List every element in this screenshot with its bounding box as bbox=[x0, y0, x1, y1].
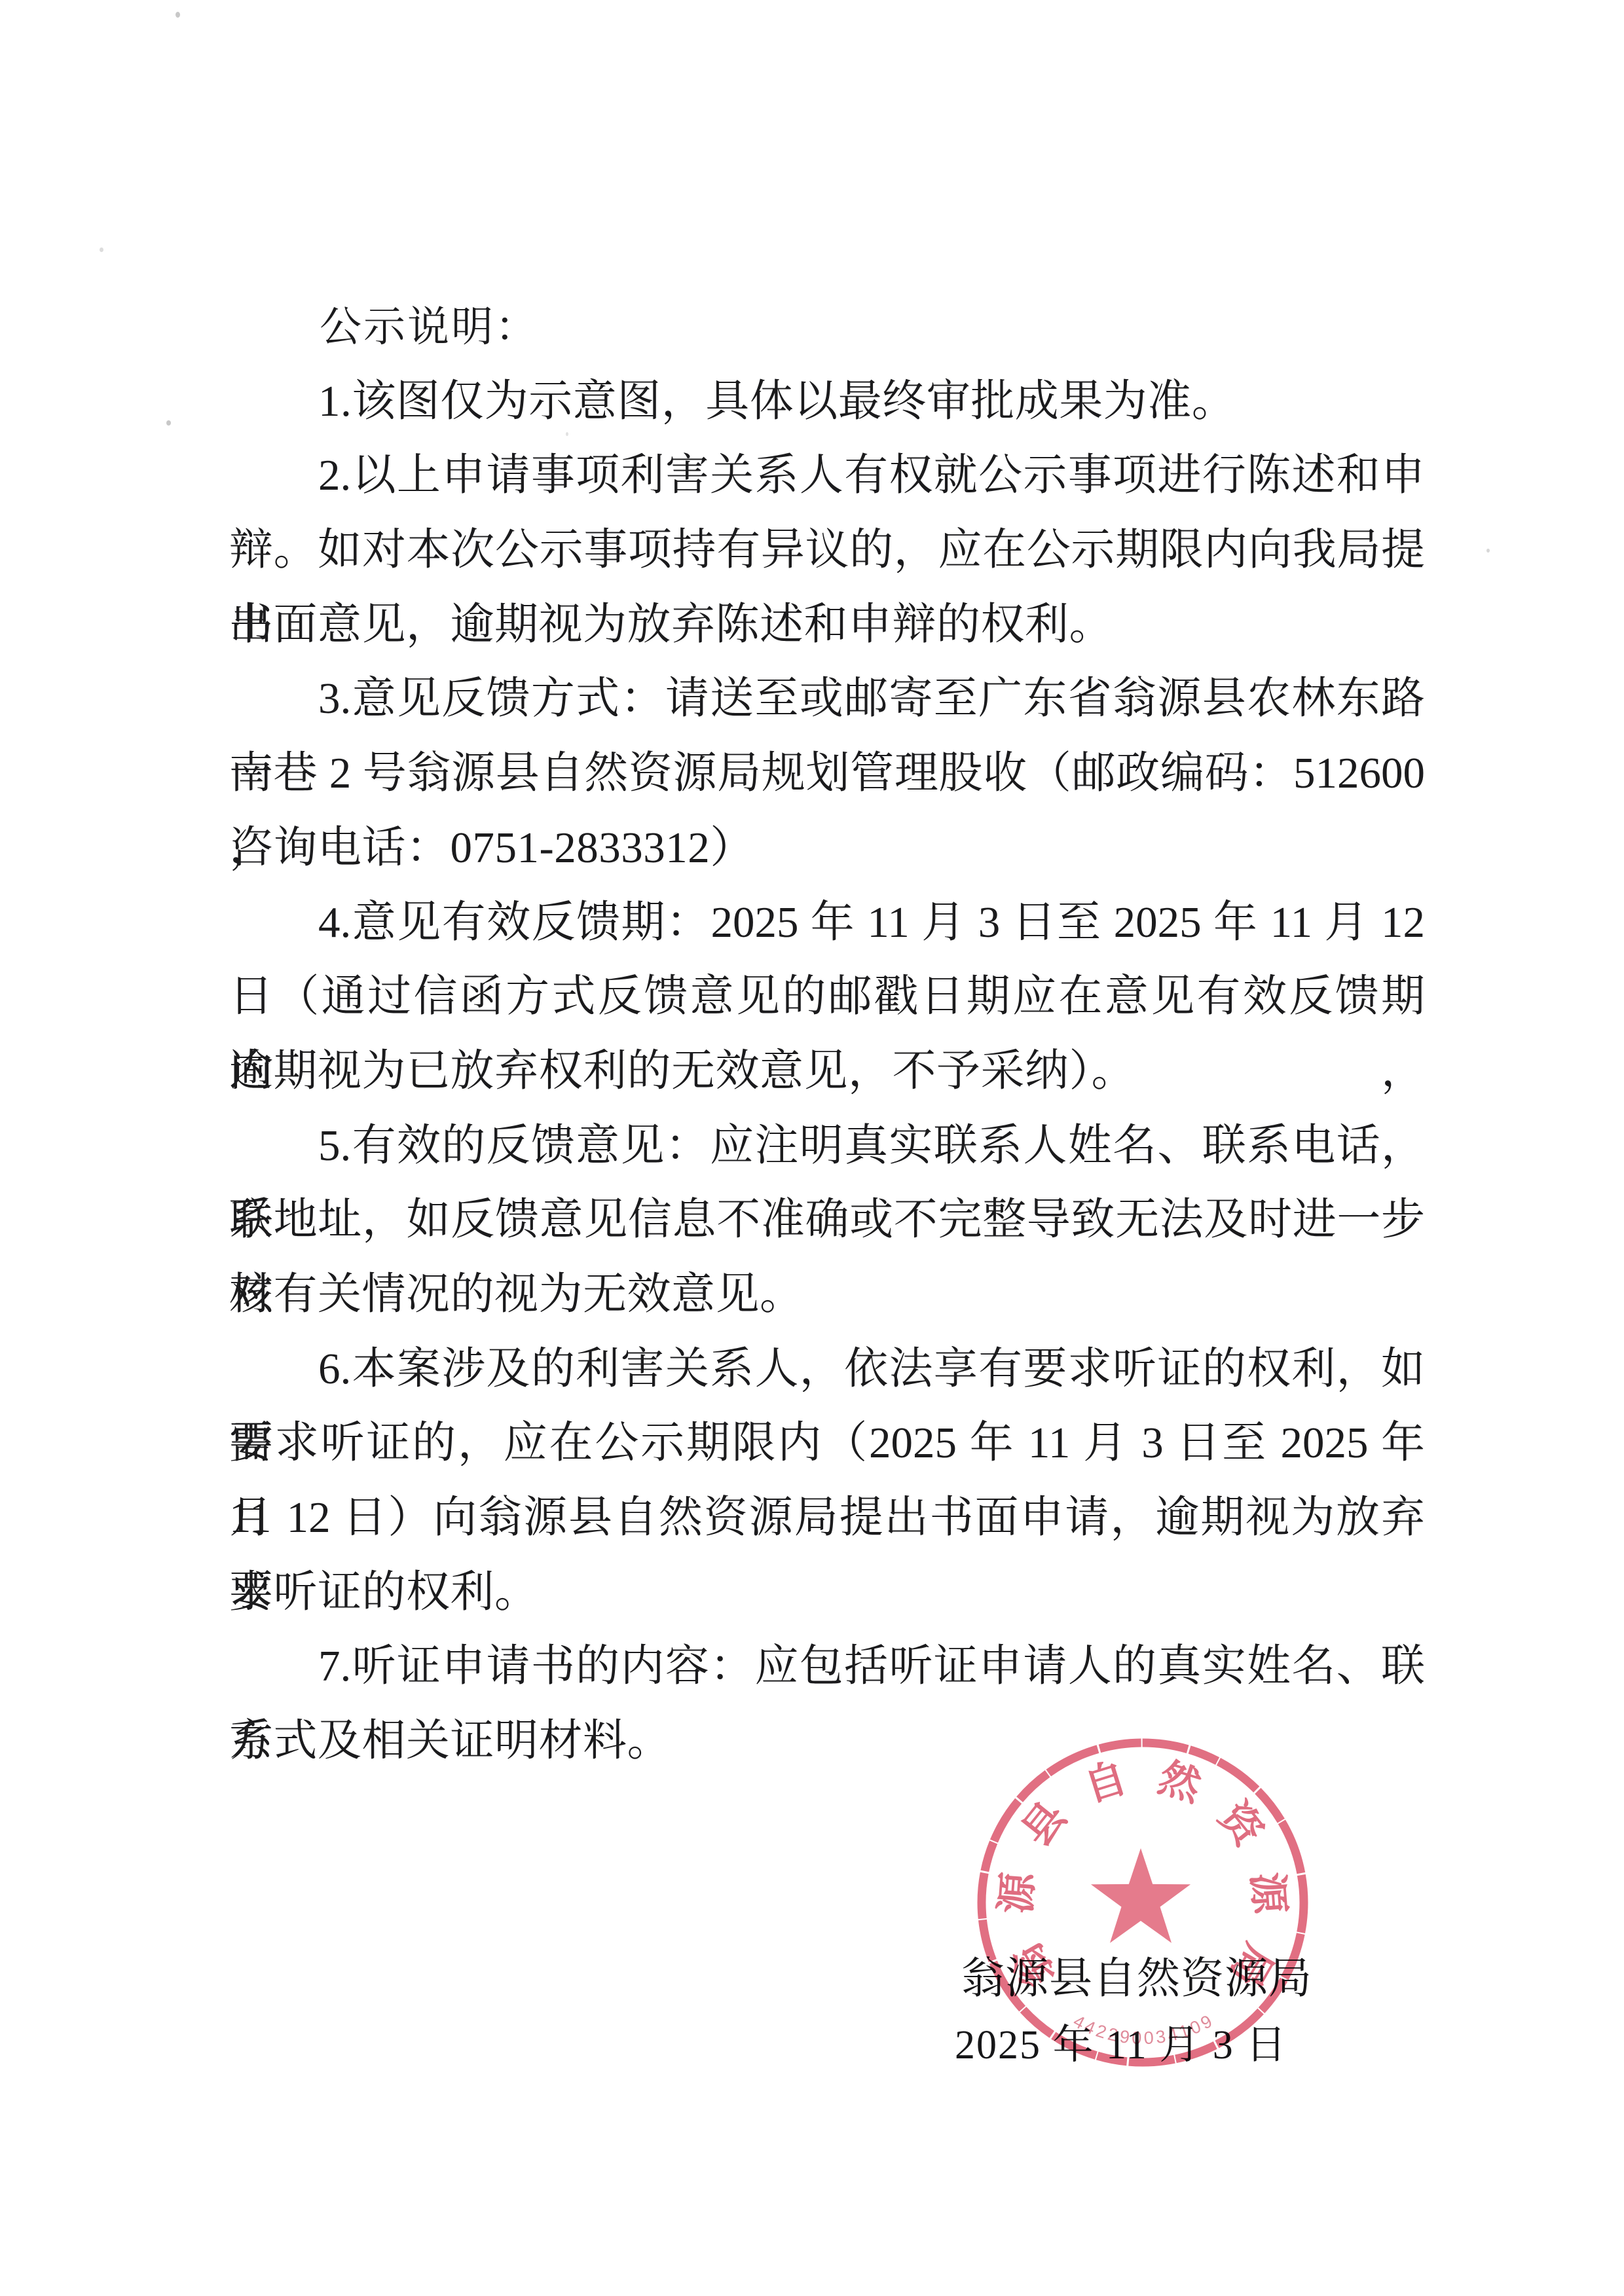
notice-title: 公示说明： bbox=[229, 290, 1425, 365]
text-line: 2.以上申请事项利害关系人有权就公示事项进行陈述和申 bbox=[229, 439, 1425, 513]
text-line: 系地址，如反馈意见信息不准确或不完整导致无法及时进一步核 bbox=[229, 1183, 1425, 1258]
text-line: 月 12 日）向翁源县自然资源局提出书面申请，逾期视为放弃要 bbox=[229, 1481, 1425, 1556]
seal-code-digit: 2 bbox=[1106, 2024, 1120, 2046]
seal-code-digit: 0 bbox=[1143, 2028, 1154, 2048]
scan-speck bbox=[166, 420, 171, 426]
text-line: 对有关情况的视为无效意见。 bbox=[229, 1258, 1425, 1332]
seal-code-digit: 9 bbox=[1118, 2026, 1131, 2047]
text-line: 日（通过信函方式反馈意见的邮戳日期应在意见有效反馈期内， bbox=[229, 960, 1425, 1034]
scan-speck bbox=[100, 247, 103, 252]
text-line: 书面意见，逾期视为放弃陈述和申辩的权利。 bbox=[229, 588, 1425, 663]
text-line: 咨询电话：0751-2833312） bbox=[229, 811, 1425, 886]
text-line: 一巷 2 号翁源县自然资源局规划管理股收（邮政编码：512600 ， bbox=[229, 737, 1425, 811]
official-seal: 翁源县自然资源局 442290034109 bbox=[971, 1732, 1314, 2073]
seal-arc-char: 翁 bbox=[1004, 1936, 1064, 1995]
text-line: 1.该图仅为示意图，具体以最终审批成果为准。 bbox=[229, 365, 1425, 439]
scan-speck bbox=[175, 12, 180, 18]
notice-body: 公示说明： 1.该图仅为示意图，具体以最终审批成果为准。2.以上申请事项利害关系… bbox=[229, 290, 1425, 1779]
seal-graphic: 翁源县自然资源局 442290034109 bbox=[971, 1732, 1314, 2073]
text-line: 6.本案涉及的利害关系人，依法享有要求听证的权利，如需 bbox=[229, 1332, 1425, 1407]
seal-arc-char: 县 bbox=[1014, 1794, 1075, 1855]
text-line: 4.意见有效反馈期：2025 年 11 月 3 日至 2025 年 11 月 1… bbox=[229, 886, 1425, 960]
seal-code-digit: 0 bbox=[1132, 2028, 1142, 2048]
scan-speck bbox=[1486, 549, 1490, 553]
text-line: 7.听证申请书的内容：应包括听证申请人的真实姓名、联系 bbox=[229, 1630, 1425, 1704]
scanned-notice-page: 公示说明： 1.该图仅为示意图，具体以最终审批成果为准。2.以上申请事项利害关系… bbox=[0, 0, 1624, 2296]
seal-arc-char: 自 bbox=[1079, 1755, 1132, 1810]
text-line: 3.意见反馈方式：请送至或邮寄至广东省翁源县农林东路南 bbox=[229, 662, 1425, 737]
seal-arc-char: 局 bbox=[1221, 1936, 1282, 1995]
seal-code: 442290034109 bbox=[1070, 2011, 1215, 2048]
seal-star-icon bbox=[1091, 1848, 1190, 1943]
seal-code-digit: 3 bbox=[1154, 2026, 1167, 2047]
seal-arc-char: 源 bbox=[1244, 1871, 1293, 1916]
text-line: 求听证的权利。 bbox=[229, 1556, 1425, 1630]
text-line: 要求听证的，应在公示期限内（2025 年 11 月 3 日至 2025 年 11 bbox=[229, 1406, 1425, 1481]
seal-arc-char: 然 bbox=[1153, 1755, 1207, 1811]
text-line: 5.有效的反馈意见：应注明真实联系人姓名、联系电话，联 bbox=[229, 1109, 1425, 1184]
text-line: 辩。如对本次公示事项持有异议的，应在公示期限内向我局提出 bbox=[229, 513, 1425, 588]
seal-arc-char: 源 bbox=[993, 1870, 1042, 1916]
